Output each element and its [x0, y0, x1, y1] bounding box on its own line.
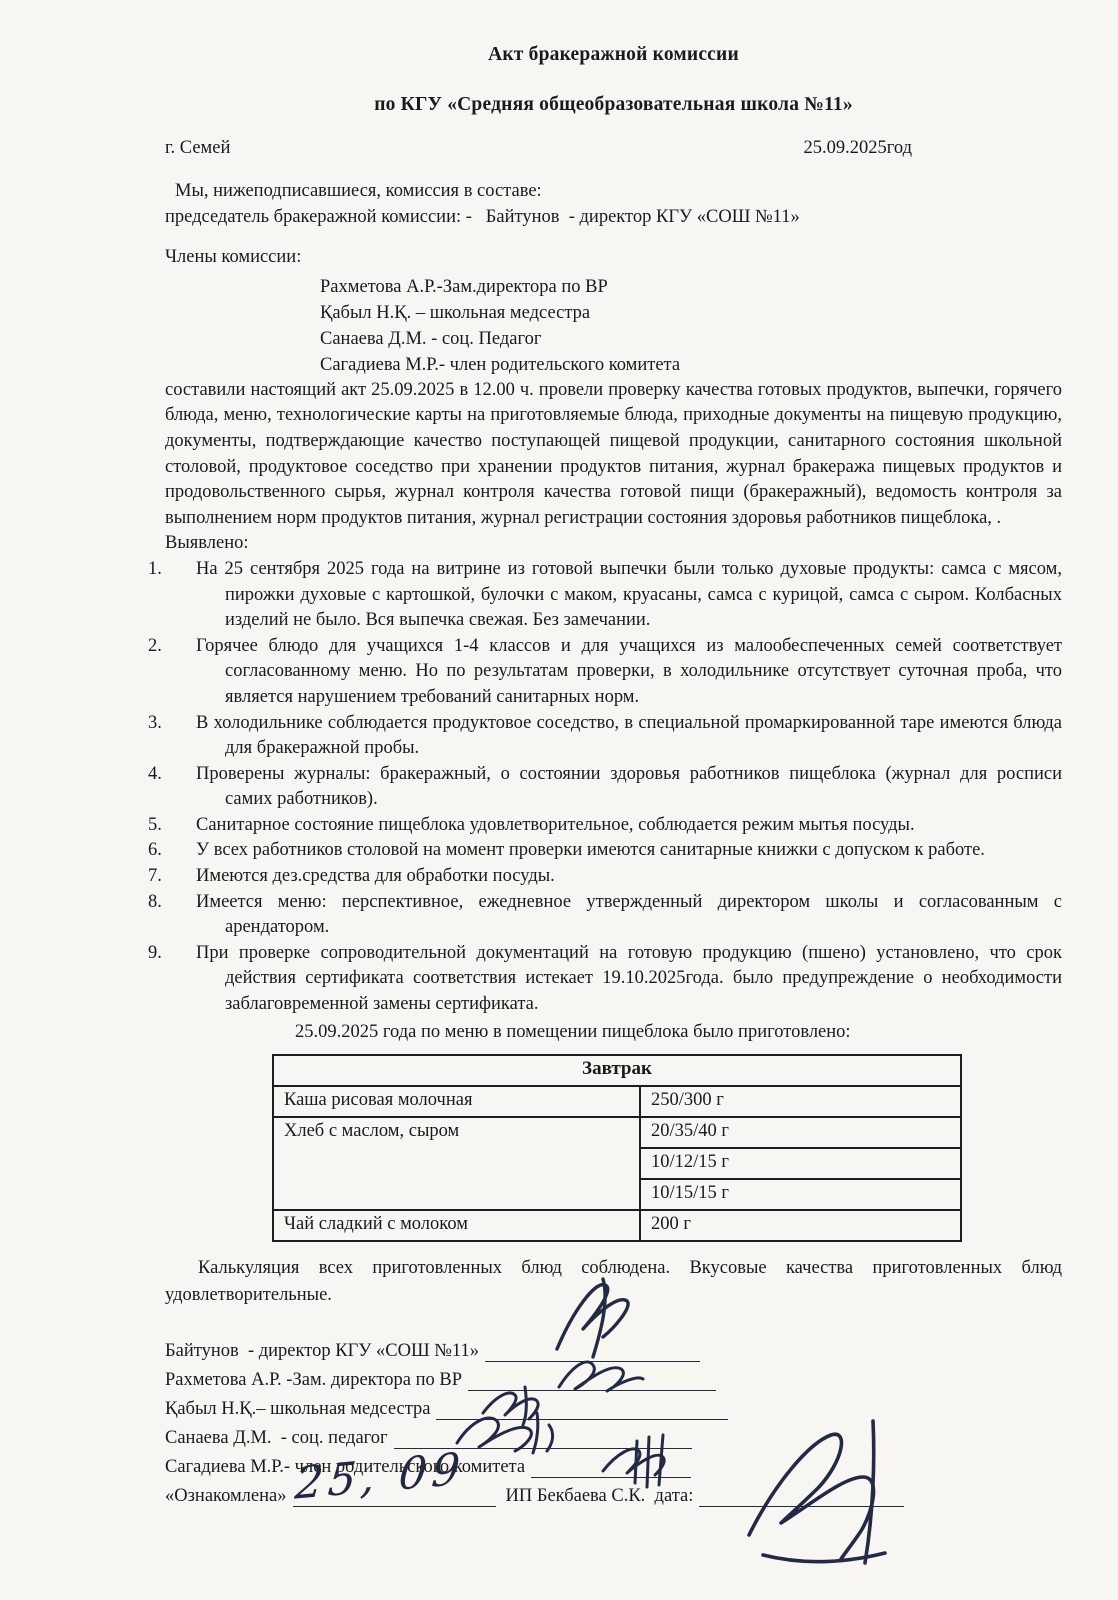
finding-number: 2. — [148, 634, 196, 711]
date-label: 25.09.2025год — [803, 138, 912, 159]
document-subtitle: по КГУ «Средняя общеобразовательная школ… — [165, 94, 1062, 116]
signatures-section: Байтунов - директор КГУ «СОШ №11» Рахмет… — [165, 1333, 1062, 1507]
finding-text: При проверке сопроводительной документац… — [196, 941, 1062, 1018]
members-heading: Члены комиссии: — [165, 245, 1062, 271]
table-row: Чай сладкий с молоком 200 г — [273, 1210, 961, 1241]
scanned-act-document: Акт бракеражной комиссии по КГУ «Средняя… — [0, 0, 1118, 1600]
finding-text: Имеются дез.средства для обработки посуд… — [196, 864, 1062, 890]
menu-intro-line: 25.09.2025 года по меню в помещении пище… — [295, 1020, 1062, 1046]
finding-item: 3. В холодильнике соблюдается продуктово… — [148, 711, 1062, 762]
finding-number: 1. — [148, 557, 196, 634]
ip-label: ИП Бекбаева С.К. дата: — [506, 1486, 694, 1507]
finding-text: У всех работников столовой на момент про… — [196, 838, 1062, 864]
member-item: Санаева Д.М. - соц. Педагог — [320, 326, 1062, 352]
member-item: Сагадиева М.Р.- член родительского комит… — [320, 352, 1062, 378]
signer-label: Байтунов - директор КГУ «СОШ №11» — [165, 1341, 479, 1362]
signature-row: Санаева Д.М. - соц. педагог — [165, 1420, 1062, 1449]
finding-number: 5. — [148, 813, 196, 839]
dish-cell: Чай сладкий с молоком — [273, 1210, 640, 1241]
finding-text: В холодильнике соблюдается продуктовое с… — [196, 711, 1062, 762]
document-title: Акт бракеражной комиссии — [165, 44, 1062, 66]
finding-number: 7. — [148, 864, 196, 890]
portion-cell: 20/35/40 г — [640, 1117, 961, 1148]
signature-line — [531, 1455, 691, 1478]
finding-item: 1. На 25 сентября 2025 года на витрине и… — [148, 557, 1062, 634]
finding-number: 6. — [148, 838, 196, 864]
signer-label: Рахметова А.Р. -Зам. директора по ВР — [165, 1370, 462, 1391]
signature-line — [468, 1368, 716, 1391]
signature-row: Рахметова А.Р. -Зам. директора по ВР — [165, 1362, 1062, 1391]
finding-item: 9. При проверке сопроводительной докумен… — [148, 941, 1062, 1018]
table-row: Каша рисовая молочная 250/300 г — [273, 1086, 961, 1117]
findings-list: 1. На 25 сентября 2025 года на витрине и… — [148, 557, 1062, 1018]
member-item: Қабыл Н.Қ. – школьная медсестра — [320, 300, 1062, 326]
finding-item: 7. Имеются дез.средства для обработки по… — [148, 864, 1062, 890]
finding-item: 5. Санитарное состояние пищеблока удовле… — [148, 813, 1062, 839]
finding-text: Имеется меню: перспективное, ежедневное … — [196, 890, 1062, 941]
finding-text: Санитарное состояние пищеблока удовлетво… — [196, 813, 1062, 839]
city-date-row: г. Семей 25.09.2025год — [165, 138, 1062, 159]
portion-cell: 250/300 г — [640, 1086, 961, 1117]
portion-cell: 10/12/15 г — [640, 1148, 961, 1179]
act-paragraph: составили настоящий акт 25.09.2025 в 12.… — [165, 378, 1062, 532]
finding-text: На 25 сентября 2025 года на витрине из г… — [196, 557, 1062, 634]
member-item: Рахметова А.Р.-Зам.директора по ВР — [320, 274, 1062, 300]
portion-cell: 10/15/15 г — [640, 1179, 961, 1210]
signature-line — [485, 1339, 700, 1362]
dish-cell: Каша рисовая молочная — [273, 1086, 640, 1117]
table-row: Хлеб с маслом, сыром 20/35/40 г — [273, 1117, 961, 1148]
table-header-row: Завтрак — [273, 1055, 961, 1086]
signature-line — [436, 1397, 728, 1420]
conclusion-paragraph: Калькуляция всех приготовленных блюд соб… — [165, 1255, 1062, 1309]
city-label: г. Семей — [165, 138, 230, 159]
finding-text: Проверены журналы: бракеражный, о состоя… — [196, 762, 1062, 813]
chairman-line: председатель бракеражной комиссии: - Бай… — [165, 205, 1062, 231]
signature-row: Қабыл Н.Қ.– школьная медсестра — [165, 1391, 1062, 1420]
signer-label: Қабыл Н.Қ.– школьная медсестра — [165, 1399, 430, 1420]
intro-line: Мы, нижеподписавшиеся, комиссия в состав… — [165, 179, 1062, 205]
breakfast-table: Завтрак Каша рисовая молочная 250/300 г … — [272, 1054, 962, 1242]
finding-item: 6. У всех работников столовой на момент … — [148, 838, 1062, 864]
portion-cell: 200 г — [640, 1210, 961, 1241]
finding-number: 9. — [148, 941, 196, 1018]
signature-row: Байтунов - директор КГУ «СОШ №11» — [165, 1333, 1062, 1362]
finding-item: 4. Проверены журналы: бракеражный, о сос… — [148, 762, 1062, 813]
dish-cell: Хлеб с маслом, сыром — [273, 1117, 640, 1210]
signature-line — [699, 1484, 904, 1507]
finding-text: Горячее блюдо для учащихся 1-4 классов и… — [196, 634, 1062, 711]
finding-item: 8. Имеется меню: перспективное, ежедневн… — [148, 890, 1062, 941]
finding-item: 2. Горячее блюдо для учащихся 1-4 классо… — [148, 634, 1062, 711]
findings-heading: Выявлено: — [165, 531, 1062, 557]
members-list: Рахметова А.Р.-Зам.директора по ВР Қабыл… — [165, 274, 1062, 378]
table-header-cell: Завтрак — [273, 1055, 961, 1086]
document-body: Акт бракеражной комиссии по КГУ «Средняя… — [0, 0, 1118, 1507]
finding-number: 3. — [148, 711, 196, 762]
acknowledgement-label: «Ознакомлена» — [165, 1486, 287, 1507]
finding-number: 8. — [148, 890, 196, 941]
signer-label: Санаева Д.М. - соц. педагог — [165, 1428, 388, 1449]
finding-number: 4. — [148, 762, 196, 813]
